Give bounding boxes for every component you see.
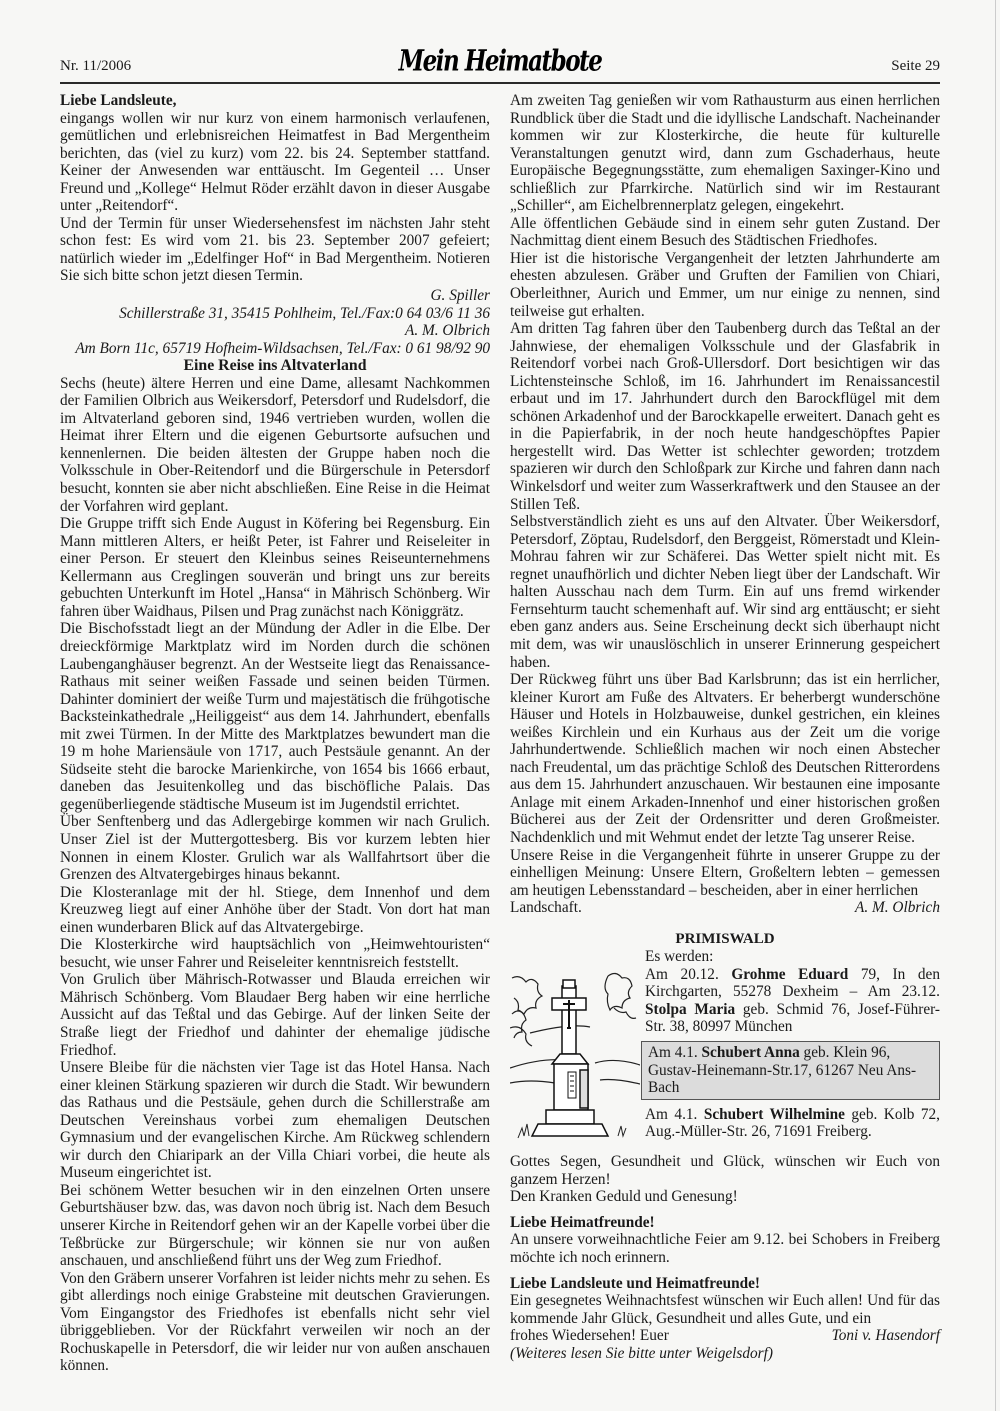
article-paragraph: Über Senftenberg und das Adlergebirge ko… [60,813,490,883]
article-paragraph: Die Klosterkirche wird hauptsächlich von… [60,936,490,971]
article-paragraph: Selbstverständlich zieht es uns auf den … [510,513,940,671]
note-text: Ein gesegnetes Weihnachtsfest wünschen w… [510,1292,940,1327]
person-name: Schubert Anna [702,1044,800,1061]
signature-name: G. Spiller [60,287,490,305]
wayside-cross-illustration-icon [510,968,640,1148]
article-paragraph: Der Rückweg führt uns über Bad Karlsbrun… [510,671,940,846]
closing-signature-line: Landschaft. A. M. Olbrich [510,899,940,917]
sick-wishes-text: Den Kranken Geduld und Genesung! [510,1188,940,1206]
article-paragraph: Alle öffentlichen Gebäude sind in einem … [510,215,940,250]
person-name: Grohme Eduard [731,966,848,983]
article-paragraph: Am zweiten Tag genießen wir vom Rathaust… [510,92,940,215]
article-paragraph: Von den Gräbern unserer Vorfahren ist le… [60,1270,490,1375]
note-last-line: frohes Wiedersehen! Euer [510,1327,669,1345]
primiswald-section: Es werden: Am 20.12. Grohme Eduard 79, I… [510,948,940,1153]
person-name: Schubert Wilhelmine [704,1106,845,1123]
closing-signature: A. M. Olbrich [855,899,940,917]
article-paragraph: Bei schönem Wetter besuchen wir in den e… [60,1182,490,1270]
primiswald-birthdays: Es werden: Am 20.12. Grohme Eduard 79, I… [645,948,940,1140]
article-paragraph: Die Gruppe trifft sich Ende August in Kö… [60,515,490,620]
article-paragraph: Die Klosteranlage mit der hl. Stiege, de… [60,884,490,937]
blessing-text: Gottes Segen, Gesundheit und Glück, wüns… [510,1153,940,1188]
closing-paragraph: Unsere Reise in die Vergangenheit führte… [510,847,940,900]
masthead-logo: Mein Heimatbote [60,44,940,78]
greeting-paragraph: eingangs wollen wir nur kurz von einem h… [60,110,490,215]
person-name: Stolpa Maria [645,1001,735,1018]
article-paragraph: Die Bischofsstadt liegt an der Mündung d… [60,620,490,813]
entry-date: Am 4.1. [648,1044,702,1061]
note-signature: Toni v. Hasendorf [832,1327,940,1345]
birthday-entry: Am 4.1. Schubert Wilhelmine geb. Kolb 72… [645,1106,940,1141]
article-paragraph: Hier ist die historische Vergangenheit d… [510,250,940,320]
closing-last-word: Landschaft. [510,899,582,917]
primiswald-intro: Es werden: [645,948,940,966]
signature-address: Am Born 11c, 65719 Hofheim-Wildsachsen, … [60,340,490,358]
article-paragraph: Von Grulich über Mährisch-Rotwasser und … [60,971,490,1059]
note-title: Liebe Heimatfreunde! [510,1214,940,1232]
right-column: Am zweiten Tag genießen wir vom Rathaust… [510,92,940,1362]
page-header: Nr. 11/2006 Mein Heimatbote Seite 29 [60,44,940,84]
note-title: Liebe Landsleute und Heimatfreunde! [510,1275,940,1293]
footnote: (Weiteres lesen Sie bitte unter Weigelsd… [510,1345,940,1363]
entry-date: Am 20.12. [645,966,731,983]
greeting-paragraph: Und der Termin für unser Wiedersehensfes… [60,215,490,285]
greeting-title: Liebe Landsleute, [60,92,490,110]
section-title-primiswald: PRIMISWALD [510,931,940,949]
note-text: An unsere vorweihnachtliche Feier am 9.1… [510,1231,940,1266]
signature-name: A. M. Olbrich [60,322,490,340]
article-paragraph: Am dritten Tag fahren über den Taubenber… [510,320,940,513]
birthday-entry: Am 20.12. Grohme Eduard 79, In den Kirch… [645,966,940,1036]
article-paragraph: Unsere Bleibe für die nächsten vier Tage… [60,1059,490,1182]
scan-edge [995,0,996,1411]
signature-address: Schillerstraße 31, 35415 Pohlheim, Tel./… [60,305,490,323]
highlighted-birthday-box: Am 4.1. Schubert Anna geb. Klein 96, Gus… [641,1041,940,1100]
entry-date: Am 4.1. [645,1106,704,1123]
left-column: Liebe Landsleute, eingangs wollen wir nu… [60,92,490,1375]
article-paragraph: Sechs (heute) ältere Herren und eine Dam… [60,375,490,515]
note-signature-line: frohes Wiedersehen! Euer Toni v. Hasendo… [510,1327,940,1345]
page-number: Seite 29 [891,58,940,75]
article-title: Eine Reise ins Altvaterland [60,357,490,375]
